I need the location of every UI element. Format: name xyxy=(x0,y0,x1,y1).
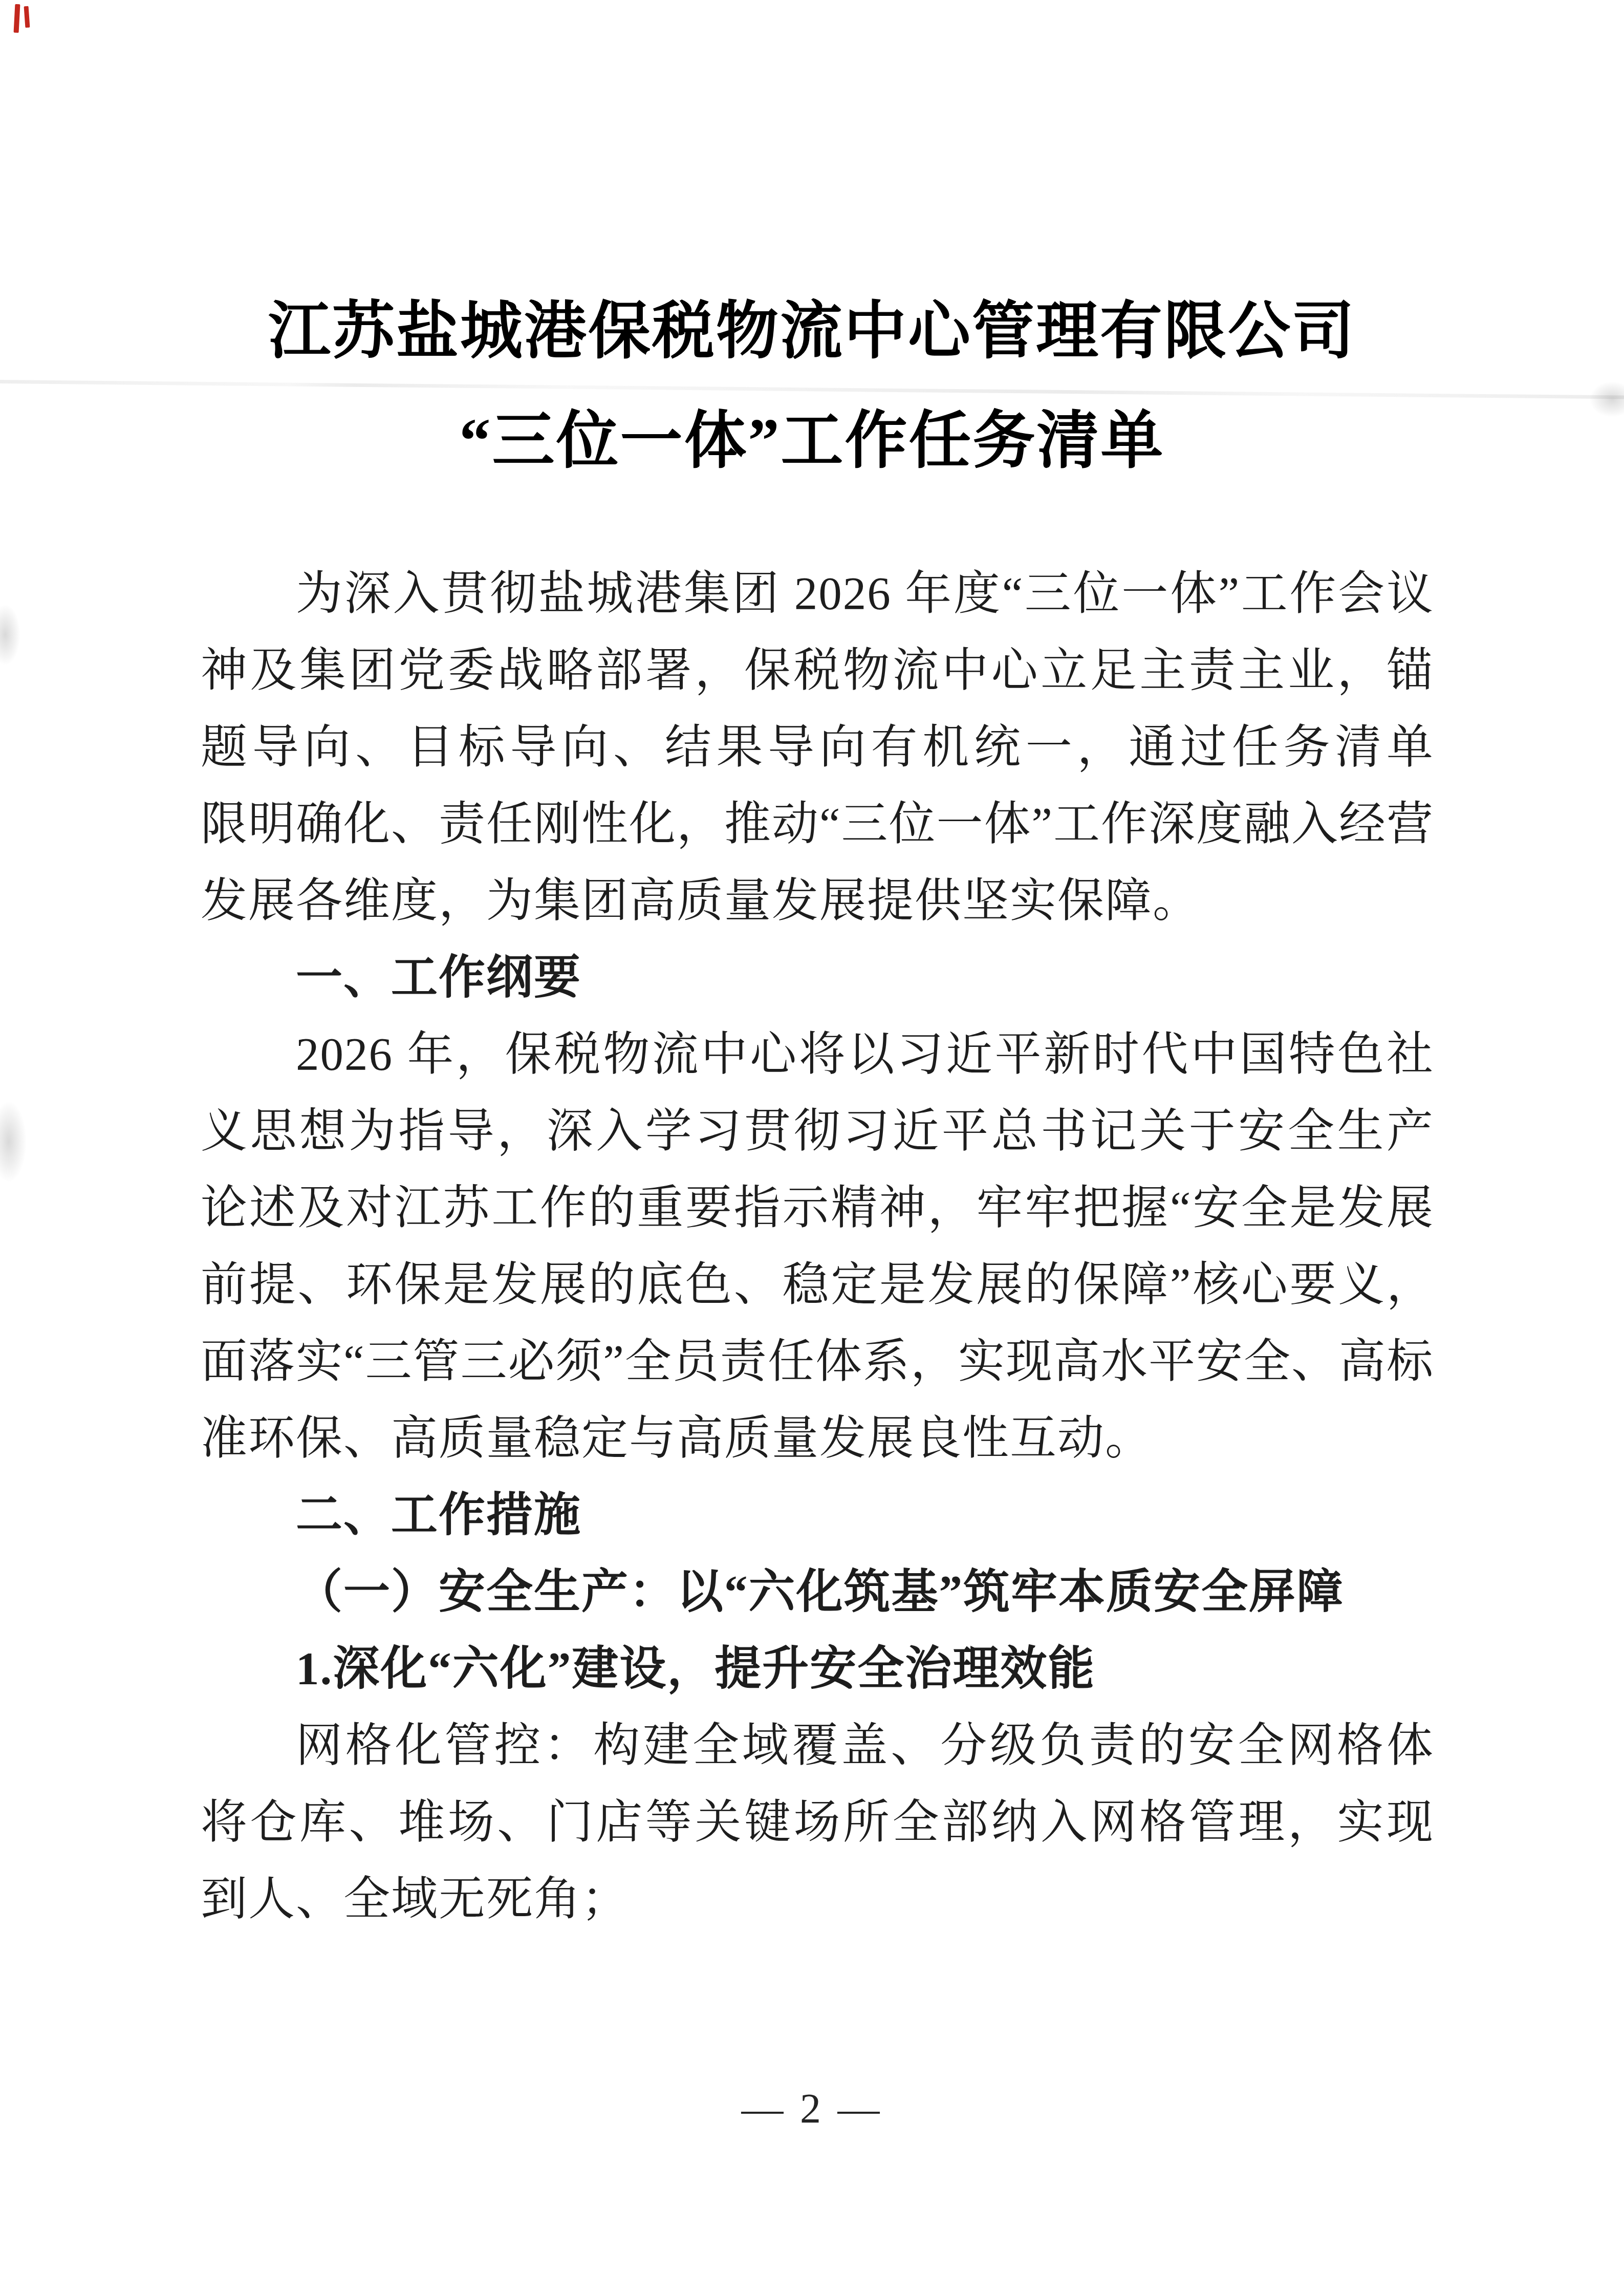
red-ink-marks xyxy=(11,2,42,43)
document-title-line-2: “三位一体”工作任务清单 xyxy=(0,390,1624,480)
document-body: 为深入贯彻盐城港集团 2026 年度“三位一体”工作会议精 神及集团党委战略部署… xyxy=(201,555,1434,1938)
body-line: 发展各维度，为集团高质量发展提供坚实保障。 xyxy=(201,863,1434,939)
section-heading-2: 二、工作措施 xyxy=(201,1477,1434,1554)
section-heading-1: 一、工作纲要 xyxy=(201,939,1434,1016)
scan-smudge xyxy=(0,604,20,666)
document-title-line-1: 江苏盐城港保税物流中心管理有限公司 xyxy=(0,281,1624,370)
body-line: 义思想为指导，深入学习贯彻习近平总书记关于安全生产重要 xyxy=(201,1093,1434,1170)
body-line: 网格化管控：构建全域覆盖、分级负责的安全网格体系， xyxy=(201,1707,1434,1784)
body-line: 准环保、高质量稳定与高质量发展良性互动。 xyxy=(201,1400,1434,1477)
red-ink-mark-right xyxy=(24,6,30,28)
body-line: 为深入贯彻盐城港集团 2026 年度“三位一体”工作会议精 xyxy=(201,555,1434,632)
page-number: — 2 — xyxy=(0,2085,1624,2133)
body-line: 到人、全域无死角； xyxy=(201,1861,1434,1938)
body-line: 题导向、目标导向、结果导向有机统一，通过任务清单化、时 xyxy=(201,709,1434,786)
sub-heading-1: （一）安全生产：以“六化筑基”筑牢本质安全屏障 xyxy=(201,1554,1434,1630)
body-line: 2026 年，保税物流中心将以习近平新时代中国特色社会主 xyxy=(201,1016,1434,1093)
sub-heading-2: 1.深化“六化”建设，提升安全治理效能 xyxy=(201,1630,1434,1707)
body-line: 前提、环保是发展的底色、稳定是发展的保障”核心要义，全 xyxy=(201,1247,1434,1323)
body-line: 面落实“三管三必须”全员责任体系，实现高水平安全、高标 xyxy=(201,1323,1434,1400)
scanned-document-page: 江苏盐城港保税物流中心管理有限公司 “三位一体”工作任务清单 为深入贯彻盐城港集… xyxy=(0,0,1624,2296)
body-line: 将仓库、堆场、门店等关键场所全部纳入网格管理，实现责任 xyxy=(201,1784,1434,1861)
body-line: 神及集团党委战略部署，保税物流中心立足主责主业，锚定问 xyxy=(201,632,1434,709)
body-line: 论述及对江苏工作的重要指示精神，牢牢把握“安全是发展的 xyxy=(201,1170,1434,1247)
scan-smudge xyxy=(0,1101,27,1183)
body-line: 限明确化、责任刚性化，推动“三位一体”工作深度融入经营 xyxy=(201,786,1434,863)
red-ink-mark-left xyxy=(14,4,20,33)
